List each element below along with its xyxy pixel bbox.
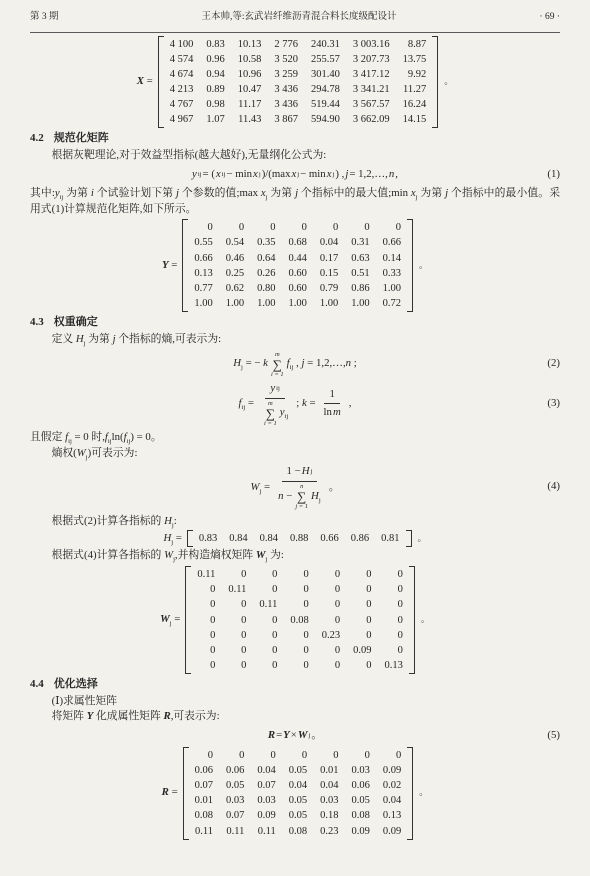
matrix-cell: 0.09 — [383, 824, 401, 839]
matrix-cell: 0 — [210, 643, 215, 658]
matrix-cell: 9.92 — [408, 67, 426, 82]
matrix-cell: 0.07 — [226, 808, 244, 823]
matrix-wj-label: Wj = — [160, 612, 180, 628]
fraction-numerator: yij — [265, 381, 285, 399]
math-sub: ij — [285, 413, 289, 420]
equation-4: Wj = 1 − Hj n − n ∑ j = 1 Hj 。 (4) — [30, 464, 560, 510]
matrix-cell: 0.02 — [383, 778, 401, 793]
section-title: 优化选择 — [54, 678, 98, 690]
math-var: R — [268, 728, 275, 744]
matrix-cell: 1.07 — [206, 112, 224, 127]
fraction-numerator: 1 — [324, 387, 339, 405]
matrix-cell: 1.00 — [351, 296, 369, 311]
section-title: 权重确定 — [54, 316, 98, 328]
matrix-cell: 0 — [398, 582, 403, 597]
matrix-cell: 0.66 — [383, 235, 401, 250]
matrix-cell: 0.60 — [289, 281, 307, 296]
matrix-cell: 0.04 — [257, 763, 275, 778]
section-number: 4.2 — [30, 132, 44, 144]
paragraph: 熵权(Wj)可表示为: — [30, 446, 560, 462]
equation-3: fij = yij m ∑ i = 1 yij ; k = 1 ln m , — [30, 381, 560, 427]
matrix-cell: 0 — [241, 658, 246, 673]
matrix-cell: 0 — [335, 658, 340, 673]
math-sub: j — [241, 364, 243, 371]
matrix-cell: 0 — [364, 220, 369, 235]
denominator-term: Hj — [311, 489, 321, 505]
matrix-cell: 0.08 — [290, 613, 308, 628]
matrix-cell: 0.86 — [351, 281, 369, 296]
matrix-cell: 0 — [272, 613, 277, 628]
math-var: R — [162, 786, 169, 798]
fraction-denominator: n − n ∑ j = 1 Hj — [273, 482, 326, 510]
sigma-icon: ∑ — [266, 407, 275, 420]
equation-2-lhs: Hj = − k — [233, 356, 268, 372]
matrix-wj-body: 0.1100000000.1100000000.1100000000.08000… — [185, 566, 415, 674]
sigma-icon: ∑ — [273, 358, 282, 371]
matrix-cell: 0.05 — [352, 793, 370, 808]
matrix-cell: 0 — [335, 597, 340, 612]
math-var: y — [192, 167, 197, 183]
matrix-cell: 0.26 — [257, 266, 275, 281]
math-var: j — [113, 333, 116, 345]
matrix-cell: 0.66 — [320, 531, 338, 546]
running-title: 王本帅,等:玄武岩纤维沥青混合料长度级配设计 — [59, 10, 540, 26]
summation: m ∑ i = 1 — [264, 400, 277, 427]
sigma-icon: ∑ — [297, 490, 306, 503]
matrix-cell: 1.00 — [257, 296, 275, 311]
matrix-cell: 0 — [241, 597, 246, 612]
math-var: Y — [283, 728, 290, 744]
matrix-cell: 0.11 — [258, 824, 276, 839]
matrix-cell: 0 — [365, 748, 370, 763]
matrix-cell: 0 — [335, 643, 340, 658]
math-var: H — [233, 357, 241, 369]
matrix-cell: 0 — [396, 220, 401, 235]
math-var: k — [263, 357, 268, 369]
math-var: j — [301, 357, 304, 369]
matrix-cell: 0.66 — [194, 251, 212, 266]
math-var: W — [160, 613, 170, 625]
matrix-cell: 0 — [208, 748, 213, 763]
matrix-cell: 8.87 — [408, 37, 426, 52]
matrix-cell: 10.47 — [238, 82, 262, 97]
matrix-cell: 0 — [304, 658, 309, 673]
math-var: j — [345, 167, 348, 183]
matrix-cell: 3 520 — [274, 52, 298, 67]
bracket-right — [407, 747, 413, 840]
matrix-cell: 0.01 — [195, 793, 213, 808]
matrix-cell: 0 — [335, 567, 340, 582]
math-var: k — [302, 397, 307, 409]
matrix-cell: 0.06 — [226, 763, 244, 778]
math-var: j — [176, 187, 179, 199]
matrix-x-grid: 4 1000.8310.132 776240.313 003.168.874 5… — [164, 36, 433, 129]
matrix-cell: 0 — [302, 748, 307, 763]
matrix-cell: 0.68 — [289, 235, 307, 250]
equation-2-rhs: fij , j = 1,2,…,n ; — [287, 356, 357, 372]
equation-5-body: R = Y×Wj。 — [268, 728, 322, 744]
matrix-cell: 3 567.57 — [353, 97, 390, 112]
matrix-cell: 0 — [398, 613, 403, 628]
matrix-cell: 3 436 — [274, 82, 298, 97]
math-var: H — [311, 490, 319, 502]
paragraph: 根据式(2)计算各指标的 Hj: — [30, 514, 560, 530]
math-sub: ij — [242, 404, 246, 411]
matrix-cell: 0.84 — [229, 531, 247, 546]
matrix-cell: 0 — [366, 658, 371, 673]
math-var: H — [302, 464, 310, 480]
matrix-cell: 0.15 — [320, 266, 338, 281]
equation-4-lhs: Wj = — [250, 480, 270, 496]
matrix-cell: 0.05 — [289, 808, 307, 823]
matrix-cell: 3 417.12 — [353, 67, 390, 82]
matrix-cell: 0 — [208, 220, 213, 235]
bracket-right — [406, 530, 412, 547]
matrix-cell: 0.14 — [383, 251, 401, 266]
matrix-r-grid: 00000000.060.060.040.050.010.030.090.070… — [189, 747, 408, 840]
matrix-cell: 0.11 — [226, 824, 244, 839]
matrix-cell: 0.11 — [228, 582, 246, 597]
matrix-cell: 4 213 — [170, 82, 194, 97]
math-var: x — [216, 167, 221, 183]
matrix-cell: 0.05 — [226, 778, 244, 793]
matrix-cell: 0.11 — [259, 597, 277, 612]
matrix-cell: 0 — [241, 567, 246, 582]
matrix-cell: 0.18 — [320, 808, 338, 823]
section-number: 4.4 — [30, 678, 44, 690]
matrix-cell: 0.11 — [197, 567, 215, 582]
matrix-cell: 0.07 — [195, 778, 213, 793]
matrix-cell: 0.06 — [195, 763, 213, 778]
fraction-denominator: m ∑ i = 1 yij — [257, 399, 293, 427]
page-number: · 69 · — [539, 10, 560, 26]
matrix-cell: 4 574 — [170, 52, 194, 67]
matrix-cell: 0.08 — [289, 824, 307, 839]
math-var: n — [278, 490, 283, 502]
matrix-r: R = 00000000.060.060.040.050.010.030.090… — [30, 747, 560, 840]
matrix-cell: 3 867 — [274, 112, 298, 127]
matrix-cell: 0.89 — [206, 82, 224, 97]
math-var: W — [164, 549, 173, 561]
matrix-cell: 3 662.09 — [353, 112, 390, 127]
matrix-cell: 0.09 — [353, 643, 371, 658]
matrix-r-body: 00000000.060.060.040.050.010.030.090.070… — [183, 747, 414, 840]
matrix-cell: 0 — [302, 220, 307, 235]
paragraph: (Ⅰ)求属性矩阵 — [30, 694, 560, 710]
matrix-cell: 0 — [272, 643, 277, 658]
matrix-cell: 0.05 — [289, 793, 307, 808]
matrix-cell: 2 776 — [274, 37, 298, 52]
matrix-cell: 11.43 — [238, 112, 261, 127]
matrix-cell: 301.40 — [311, 67, 340, 82]
matrix-cell: 255.57 — [311, 52, 340, 67]
matrix-cell: 0.94 — [206, 67, 224, 82]
section-number: 4.3 — [30, 316, 44, 328]
matrix-cell: 0.77 — [194, 281, 212, 296]
matrix-cell: 0.46 — [226, 251, 244, 266]
matrix-cell: 0.04 — [320, 235, 338, 250]
equation-1: yij = (xij − min xj)/(max xj − min xj) ,… — [30, 167, 560, 183]
matrix-cell: 0 — [366, 628, 371, 643]
matrix-suffix: 。 — [419, 785, 428, 801]
matrix-cell: 3 341.21 — [353, 82, 390, 97]
matrix-cell: 240.31 — [311, 37, 340, 52]
matrix-cell: 0 — [398, 643, 403, 658]
math-var: W — [298, 728, 308, 744]
matrix-cell: 3 003.16 — [353, 37, 390, 52]
matrix-y-grid: 00000000.550.540.350.680.040.310.660.660… — [188, 219, 407, 312]
matrix-cell: 4 100 — [170, 37, 194, 52]
matrix-cell: 294.78 — [311, 82, 340, 97]
math-sub: j — [173, 557, 175, 564]
matrix-cell: 0.62 — [226, 281, 244, 296]
matrix-cell: 0.01 — [320, 763, 338, 778]
matrix-cell: 10.13 — [238, 37, 262, 52]
math-var: i — [91, 187, 94, 199]
equation-2: Hj = − k m ∑ i = 1 fij , j = 1,2,…,n ; (… — [30, 351, 560, 378]
matrix-cell: 0.72 — [383, 296, 401, 311]
summation: n ∑ j = 1 — [295, 483, 308, 510]
paragraph: 定义 Hj 为第 j 个指标的熵,可表示为: — [30, 332, 560, 348]
matrix-cell: 0.84 — [260, 531, 278, 546]
matrix-wj: Wj = 0.1100000000.1100000000.1100000000.… — [30, 566, 560, 674]
matrix-cell: 0.54 — [226, 235, 244, 250]
matrix-cell: 0 — [210, 658, 215, 673]
equation-3-lhs: fij = — [239, 396, 255, 412]
math-sub: j — [171, 539, 173, 546]
journal-issue: 第 3 期 — [30, 10, 59, 26]
matrix-cell: 0.03 — [320, 793, 338, 808]
matrix-cell: 0 — [366, 567, 371, 582]
matrix-cell: 1.00 — [226, 296, 244, 311]
matrix-cell: 11.27 — [403, 82, 426, 97]
equation-number: (3) — [547, 396, 560, 412]
section-heading-4-3: 4.3权重确定 — [30, 315, 560, 331]
math-var: n — [346, 357, 351, 369]
math-var: y — [270, 381, 275, 397]
matrix-cell: 0 — [304, 567, 309, 582]
section-heading-4-4: 4.4优化选择 — [30, 677, 560, 693]
math-sub: j — [170, 620, 172, 627]
matrix-cell: 0 — [304, 628, 309, 643]
matrix-suffix: 。 — [421, 612, 430, 628]
math-sub: ij — [127, 438, 131, 445]
fraction-numerator: 1 − Hj — [282, 464, 318, 482]
matrix-cell: 0 — [239, 748, 244, 763]
math-var: H — [76, 333, 84, 345]
matrix-cell: 0.05 — [289, 763, 307, 778]
matrix-cell: 1.00 — [289, 296, 307, 311]
matrix-cell: 13.75 — [403, 52, 427, 67]
matrix-cell: 0 — [366, 613, 371, 628]
paragraph: 且假定 fij = 0 时,fijln(fij) = 0。 — [30, 430, 560, 446]
matrix-cell: 0.64 — [257, 251, 275, 266]
matrix-cell: 3 436 — [274, 97, 298, 112]
matrix-cell: 0 — [398, 567, 403, 582]
matrix-cell: 0 — [210, 597, 215, 612]
math-sub: ij — [68, 438, 72, 445]
math-sub: j — [416, 194, 418, 201]
math-sub: j — [266, 194, 268, 201]
math-sub: ij — [290, 364, 294, 371]
matrix-cell: 0.86 — [351, 531, 369, 546]
denominator-term: n − — [278, 489, 292, 505]
matrix-cell: 0 — [210, 582, 215, 597]
math-sub: j — [172, 522, 174, 529]
math-var: Y — [87, 710, 94, 722]
matrix-cell: 0.17 — [320, 251, 338, 266]
equation-number: (5) — [547, 728, 560, 744]
matrix-cell: 0 — [333, 220, 338, 235]
matrix-cell: 0.51 — [351, 266, 369, 281]
matrix-suffix: 。 — [419, 258, 428, 274]
equation-1-body: yij = (xij − min xj)/(max xj − min xj) ,… — [192, 167, 398, 183]
math-var: x — [253, 167, 258, 183]
equation-number: (4) — [547, 480, 560, 496]
matrix-cell: 0 — [398, 597, 403, 612]
matrix-cell: 0.81 — [381, 531, 399, 546]
matrix-cell: 0 — [396, 748, 401, 763]
hj-vector: Hj = 0.830.840.840.880.660.860.81 。 — [30, 530, 560, 547]
matrix-cell: 0 — [241, 643, 246, 658]
matrix-cell: 11.17 — [238, 97, 261, 112]
bracket-right — [432, 36, 438, 129]
hj-body: 0.830.840.840.880.660.860.81 — [187, 530, 412, 547]
vector-suffix: 。 — [418, 531, 427, 547]
matrix-cell: 0.83 — [206, 37, 224, 52]
paragraph: 根据灰靶理论,对于效益型指标(越大越好),无量纲化公式为: — [30, 148, 560, 164]
matrix-cell: 0.23 — [322, 628, 340, 643]
matrix-cell: 4 967 — [170, 112, 194, 127]
matrix-cell: 0.80 — [257, 281, 275, 296]
matrix-cell: 0 — [304, 597, 309, 612]
fraction: 1 ln m — [319, 387, 346, 422]
matrix-cell: 1.00 — [320, 296, 338, 311]
equation-3-mid: ; k = — [296, 396, 315, 412]
math-sub: ij — [60, 194, 64, 201]
math-var: W — [256, 549, 266, 561]
matrix-cell: 0.09 — [352, 824, 370, 839]
matrix-cell: 594.90 — [311, 112, 340, 127]
matrix-cell: 0.08 — [352, 808, 370, 823]
matrix-cell: 10.58 — [238, 52, 262, 67]
equation-5: R = Y×Wj。 (5) — [30, 728, 560, 744]
matrix-cell: 0.96 — [206, 52, 224, 67]
math-var: R — [163, 710, 170, 722]
matrix-cell: 0.88 — [290, 531, 308, 546]
matrix-cell: 0.07 — [257, 778, 275, 793]
matrix-cell: 0.06 — [352, 778, 370, 793]
math-var: n — [389, 167, 394, 183]
math-sub: j — [259, 488, 261, 495]
math-sub: j — [86, 454, 88, 461]
matrix-cell: 0 — [366, 582, 371, 597]
matrix-cell: 0.35 — [257, 235, 275, 250]
paragraph: 将矩阵 Y 化成属性矩阵 R,可表示为: — [30, 709, 560, 725]
matrix-cell: 0 — [241, 628, 246, 643]
math-var: j — [445, 187, 448, 199]
matrix-cell: 0.13 — [383, 808, 401, 823]
math-sub: j — [319, 497, 321, 504]
matrix-cell: 0.98 — [206, 97, 224, 112]
math-sub: j — [84, 340, 86, 347]
sum-lower-limit: j = 1 — [295, 503, 308, 510]
matrix-cell: 0 — [210, 613, 215, 628]
matrix-cell: 0 — [271, 748, 276, 763]
matrix-wj-grid: 0.1100000000.1100000000.1100000000.08000… — [191, 566, 409, 674]
matrix-cell: 0 — [335, 582, 340, 597]
math-var: H — [164, 515, 172, 527]
matrix-cell: 0.23 — [320, 824, 338, 839]
matrix-cell: 0.63 — [351, 251, 369, 266]
paragraph: 其中:yij 为第 i 个试验计划下第 j 个参数的值;max xj 为第 j … — [30, 186, 560, 218]
section-title: 规范化矩阵 — [54, 132, 109, 144]
equation-3-tail: , — [349, 396, 352, 412]
matrix-cell: 10.96 — [238, 67, 262, 82]
math-var: j — [295, 187, 298, 199]
matrix-cell: 0 — [272, 628, 277, 643]
matrix-cell: 0.13 — [194, 266, 212, 281]
section-heading-4-2: 4.2规范化矩阵 — [30, 131, 560, 147]
matrix-cell: 3 259 — [274, 67, 298, 82]
matrix-cell: 4 674 — [170, 67, 194, 82]
matrix-cell: 0.04 — [320, 778, 338, 793]
matrix-cell: 0.55 — [194, 235, 212, 250]
bracket-right — [407, 219, 413, 312]
hj-values: 0.830.840.840.880.660.860.81 — [193, 530, 406, 547]
matrix-cell: 0.83 — [199, 531, 217, 546]
math-var: x — [291, 167, 296, 183]
math-var: Y — [162, 259, 169, 271]
matrix-cell: 0 — [304, 643, 309, 658]
matrix-x-label: X = — [137, 74, 153, 90]
matrix-r-label: R = — [162, 785, 178, 801]
matrix-cell: 0 — [241, 613, 246, 628]
matrix-y-label: Y = — [162, 258, 177, 274]
math-var: m — [333, 405, 341, 421]
equation-4-tail: 。 — [329, 480, 340, 496]
matrix-x: X = 4 1000.8310.132 776240.313 003.168.8… — [30, 36, 560, 129]
matrix-cell: 0.09 — [383, 763, 401, 778]
matrix-cell: 0.03 — [226, 793, 244, 808]
matrix-cell: 0 — [398, 628, 403, 643]
matrix-cell: 0 — [270, 220, 275, 235]
matrix-cell: 0.04 — [383, 793, 401, 808]
matrix-cell: 0 — [366, 597, 371, 612]
matrix-x-body: 4 1000.8310.132 776240.313 003.168.874 5… — [158, 36, 439, 129]
matrix-cell: 0.79 — [320, 281, 338, 296]
matrix-cell: 0.03 — [352, 763, 370, 778]
matrix-y: Y = 00000000.550.540.350.680.040.310.660… — [30, 219, 560, 312]
matrix-cell: 0.08 — [195, 808, 213, 823]
matrix-cell: 14.15 — [403, 112, 427, 127]
math-sub: j — [266, 557, 268, 564]
hj-label: Hj = — [163, 531, 181, 547]
summation: m ∑ i = 1 — [271, 351, 284, 378]
matrix-cell: 0 — [210, 628, 215, 643]
matrix-cell: 4 767 — [170, 97, 194, 112]
matrix-cell: 0.04 — [289, 778, 307, 793]
matrix-cell: 519.44 — [311, 97, 340, 112]
sum-lower-limit: i = 1 — [264, 420, 277, 427]
matrix-cell: 0.13 — [385, 658, 403, 673]
fraction: yij m ∑ i = 1 yij — [257, 381, 293, 427]
matrix-cell: 1.00 — [194, 296, 212, 311]
matrix-cell: 0 — [272, 658, 277, 673]
matrix-cell: 0 — [272, 582, 277, 597]
matrix-y-body: 00000000.550.540.350.680.040.310.660.660… — [182, 219, 413, 312]
matrix-cell: 0.33 — [383, 266, 401, 281]
